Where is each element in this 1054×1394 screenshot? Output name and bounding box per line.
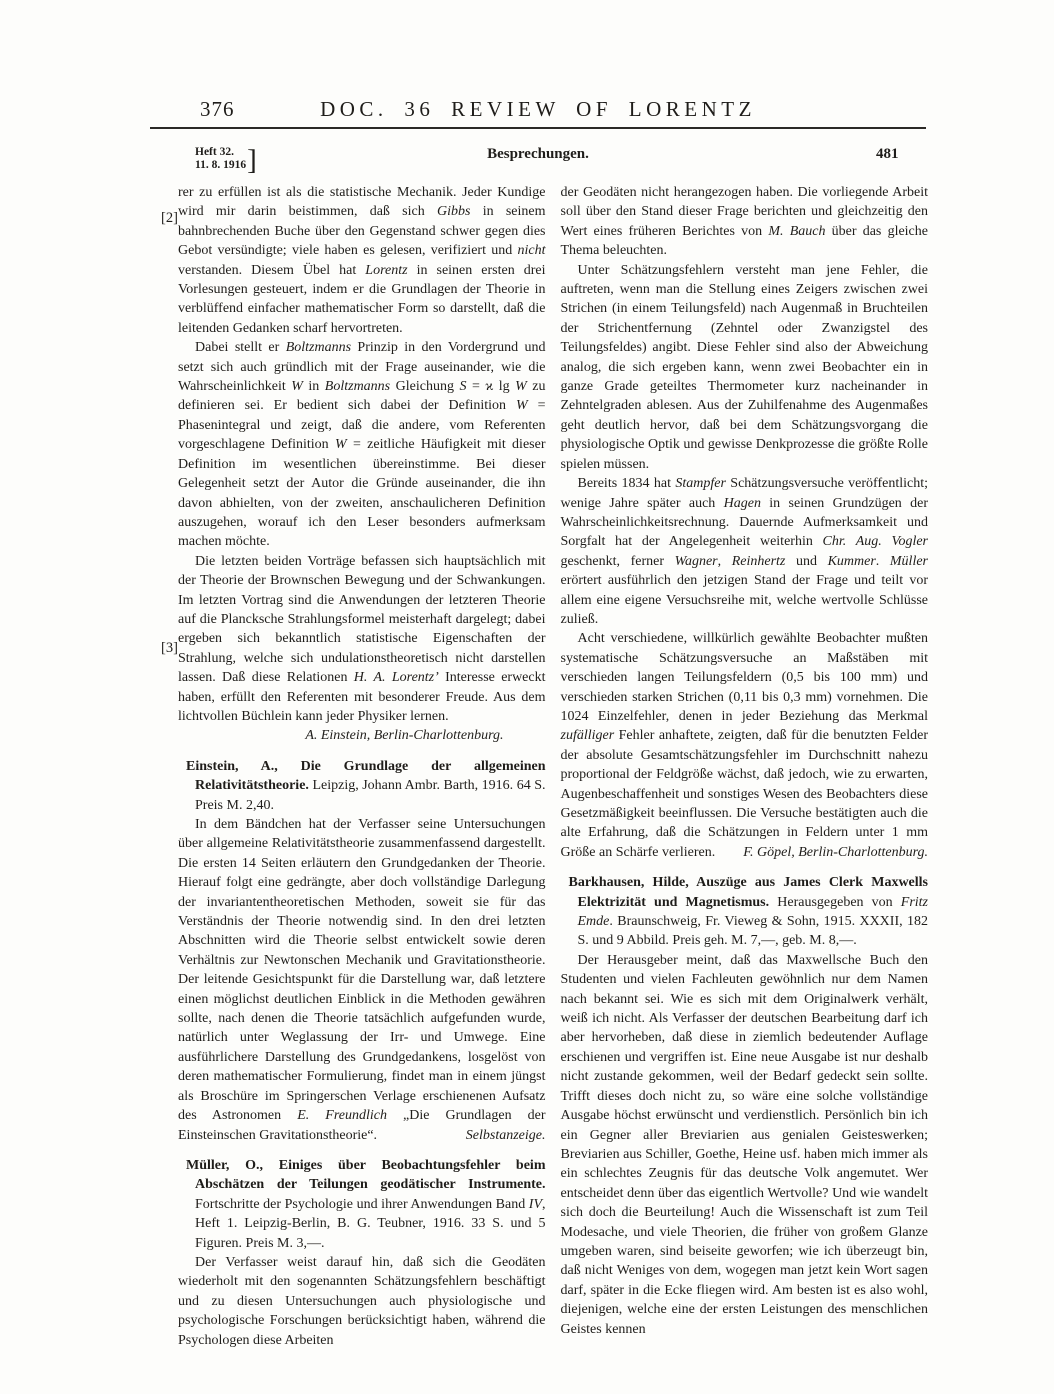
scanned-book-page: 376 DOC. 36 REVIEW OF LORENTZ Heft 32. 1… xyxy=(0,0,1054,1394)
bib-entry-einstein: Einstein, A., Die Grundlage der allgemei… xyxy=(178,757,546,815)
paragraph: Dabei stellt er Boltzmanns Prinzip in de… xyxy=(178,338,546,551)
right-column: der Geodäten nicht herangezogen haben. D… xyxy=(561,183,929,1350)
journal-page-number: 481 xyxy=(876,146,899,163)
paragraph: Acht verschiedene, willkürlich gewählte … xyxy=(561,629,929,862)
paragraph: Der Verfasser weist darauf hin, daß sich… xyxy=(178,1253,546,1350)
paragraph-text: In dem Bändchen hat der Verfasser seine … xyxy=(178,817,546,1143)
bib-entry-mueller: Müller, O., Einiges über Beobachtungsfeh… xyxy=(178,1156,546,1253)
margin-note-3: [3] xyxy=(161,640,178,657)
paragraph: Unter Schätzungsfehlern versteht man jen… xyxy=(561,261,929,474)
document-title: DOC. 36 REVIEW OF LORENTZ xyxy=(150,97,926,122)
paragraph: Die letzten beiden Vorträge befassen sic… xyxy=(178,552,546,727)
review-signature: A. Einstein, Berlin-Charlottenburg. xyxy=(178,726,546,745)
paragraph: Bereits 1834 hat Stampfer Schätzungsvers… xyxy=(561,474,929,629)
section-title: Besprechungen. xyxy=(150,146,926,163)
paragraph: der Geodäten nicht herangezogen haben. D… xyxy=(561,183,929,261)
margin-note-2: [2] xyxy=(161,210,178,227)
left-column: rer zu erfüllen ist als die statistische… xyxy=(178,183,546,1350)
text-columns: rer zu erfüllen ist als die statistische… xyxy=(178,183,928,1350)
review-signature: F. Göpel, Berlin-Charlottenburg. xyxy=(726,843,928,862)
paragraph: rer zu erfüllen ist als die statistische… xyxy=(178,183,546,338)
paragraph: Der Herausgeber meint, daß das Maxwellsc… xyxy=(561,951,929,1339)
paragraph-text: Acht verschiedene, willkürlich gewählte … xyxy=(561,631,929,859)
header-rule xyxy=(150,127,926,129)
entry-details: Fortschritte der Psychologie und ihrer A… xyxy=(195,1197,546,1251)
paragraph: In dem Bändchen hat der Verfasser seine … xyxy=(178,815,546,1145)
review-signature: Selbstanzeige. xyxy=(449,1126,546,1145)
entry-head: Müller, O., Einiges über Beobachtungsfeh… xyxy=(186,1158,546,1192)
bib-entry-barkhausen: Barkhausen, Hilde, Auszüge aus James Cle… xyxy=(561,873,929,951)
